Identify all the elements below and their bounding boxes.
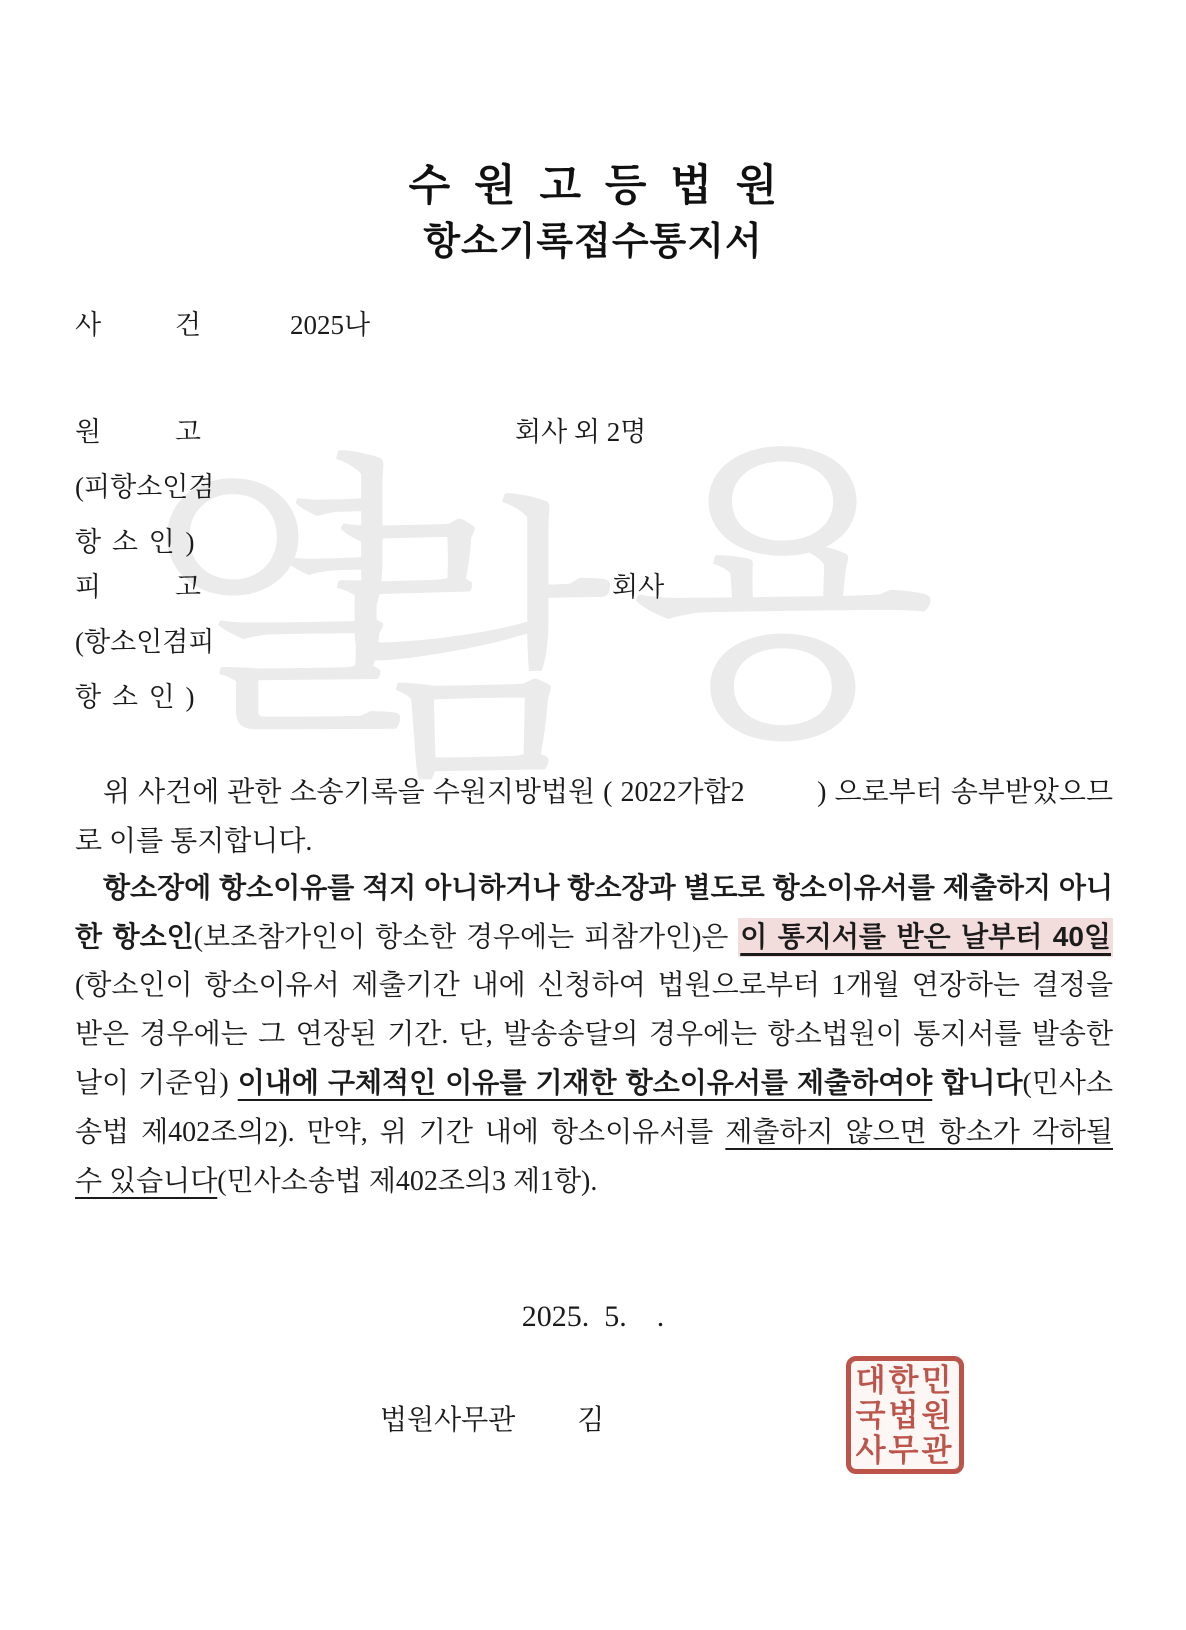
field-label-char: 원	[75, 410, 101, 449]
defendant-field-row: 피 고 회사	[75, 565, 1115, 604]
text-run: 한 항소인	[75, 921, 194, 952]
body-line: 받은 경우에는 그 연장된 기간. 단, 발송송달의 경우에는 항소법원이 통지…	[75, 1010, 1113, 1059]
case-number: 2025나	[290, 303, 370, 342]
court-document-page: 열 람 용 수 원 고 등 법 원 항소기록접수통지서 사 건 2025나 원 …	[0, 0, 1186, 1630]
official-seal: 대한민 국법원 사무관	[846, 1356, 964, 1474]
body-line: (항소인이 항소이유서 제출기간 내에 신청하여 법원으로부터 1개월 연장하는…	[75, 961, 1113, 1010]
court-name: 수 원 고 등 법 원	[0, 152, 1186, 213]
text-run: 이내에 구체적인 이유를 기재한 항소이유서를 제출하여야	[238, 1068, 933, 1099]
body-line: 위 사건에 관한 소송기록을 수원지방법원 ( 2022가합2 ) 으로부터 송…	[75, 768, 1113, 817]
body-line: 항소장에 항소이유를 적지 아니하거나 항소장과 별도로 항소이유서를 제출하지…	[75, 863, 1113, 912]
seal-row: 사무관	[851, 1433, 959, 1468]
field-label-char: 고	[175, 565, 201, 604]
notice-paragraph: 위 사건에 관한 소송기록을 수원지방법원 ( 2022가합2 ) 으로부터 송…	[75, 768, 1113, 866]
plaintiff-role-line1: (피항소인겸	[75, 465, 214, 504]
plaintiff-field-label: 원 고	[75, 410, 201, 449]
defendant-field-label: 피 고	[75, 565, 201, 604]
defendant-name: 회사	[612, 565, 664, 604]
text-run: (항소인이 항소이유서 제출기간 내에 신청하여 법원으로부터 1개월 연장하는…	[75, 970, 1113, 1001]
field-label-char: 사	[75, 303, 101, 342]
case-field-row: 사 건 2025나	[75, 303, 1115, 342]
text-run: 날이 기준임)	[75, 1068, 238, 1099]
plaintiff-role-line2: 항 소 인 )	[75, 520, 195, 559]
text-run: 로 이를 통지합니다.	[75, 826, 312, 857]
signature-line: 법원사무관 김	[380, 1398, 604, 1438]
text-run: 송법 제402조의2). 만약, 위 기간 내에 항소이유서를	[75, 1117, 725, 1148]
plaintiff-name: 회사 외 2명	[515, 410, 646, 449]
text-run: 받은 경우에는 그 연장된 기간. 단, 발송송달의 경우에는 항소법원이 통지…	[75, 1019, 1113, 1050]
defendant-role-line2: 항 소 인 )	[75, 675, 195, 714]
appeal-brief-warning-paragraph: 항소장에 항소이유를 적지 아니하거나 항소장과 별도로 항소이유서를 제출하지…	[75, 863, 1113, 1206]
body-line: 수 있습니다(민사소송법 제402조의3 제1항).	[75, 1157, 1113, 1206]
text-run: 수 있습니다	[75, 1166, 217, 1197]
text-run: (민사소	[1023, 1068, 1113, 1099]
text-run: (민사소송법 제402조의3 제1항).	[217, 1166, 597, 1197]
seal-row: 대한민	[851, 1363, 959, 1398]
body-line: 송법 제402조의2). 만약, 위 기간 내에 항소이유서를 제출하지 않으면…	[75, 1108, 1113, 1157]
field-label-char: 고	[175, 410, 201, 449]
defendant-role-line1: (항소인겸피	[75, 620, 214, 659]
body-line: 로 이를 통지합니다.	[75, 817, 1113, 866]
field-label-char: 건	[175, 303, 201, 342]
date-line: 2025. 5. .	[0, 1300, 1186, 1334]
body-line: 날이 기준임) 이내에 구체적인 이유를 기재한 항소이유서를 제출하여야 합니…	[75, 1059, 1113, 1108]
seal-row: 국법원	[851, 1398, 959, 1433]
document-title: 항소기록접수통지서	[0, 210, 1186, 265]
text-run: (보조참가인이 항소한 경우에는 피참가인)은	[194, 922, 739, 953]
text-run: 항소장에 항소이유를 적지 아니하거나 항소장과 별도로 항소이유서를 제출하지…	[103, 872, 1113, 903]
clerk-name: 김	[577, 1398, 604, 1438]
text-run: 이 통지서를 받은 날부터 40일	[738, 918, 1113, 957]
text-run: 합니다	[932, 1068, 1022, 1099]
case-field-label: 사 건	[75, 303, 201, 342]
text-run: 제출하지 않으면 항소가 각하될	[725, 1117, 1113, 1148]
clerk-title: 법원사무관	[380, 1398, 515, 1438]
body-line: 한 항소인(보조참가인이 항소한 경우에는 피참가인)은 이 통지서를 받은 날…	[75, 912, 1113, 961]
text-run: 위 사건에 관한 소송기록을 수원지방법원 ( 2022가합2 ) 으로부터 송…	[103, 777, 1113, 808]
plaintiff-field-row: 원 고 회사 외 2명	[75, 410, 1115, 449]
field-label-char: 피	[75, 565, 101, 604]
